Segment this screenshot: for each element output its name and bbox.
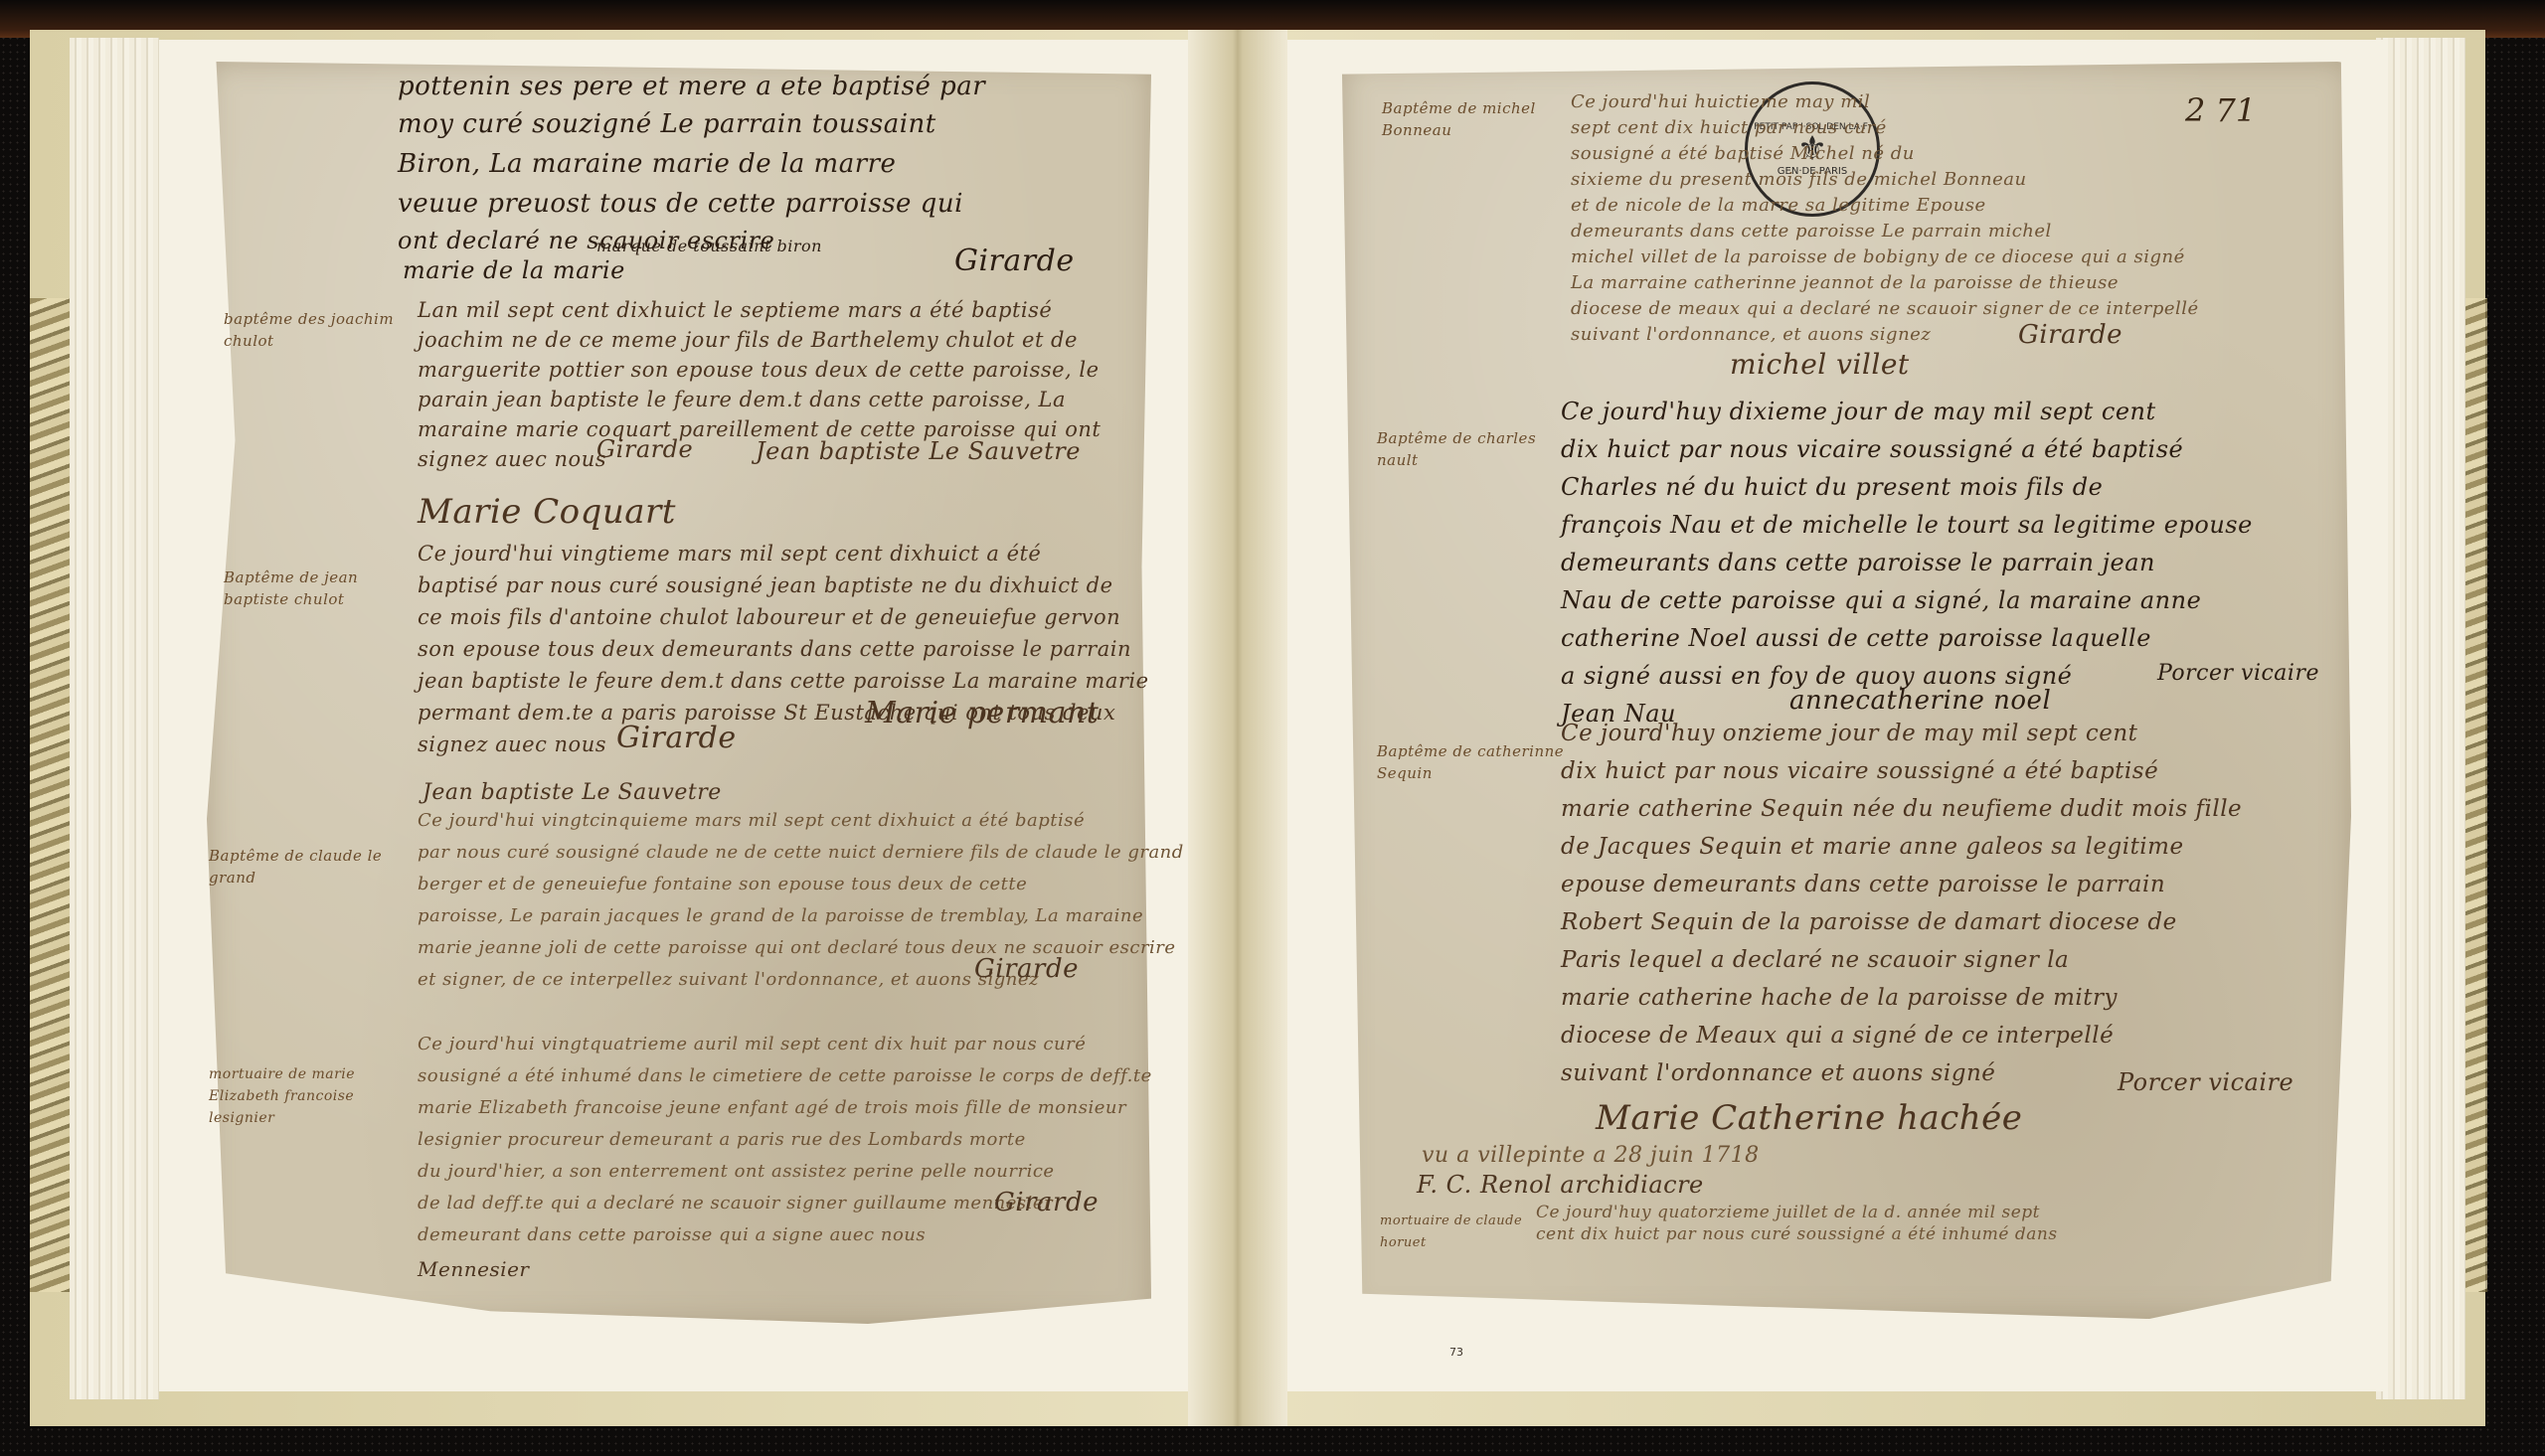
signature: Girarde xyxy=(616,721,737,755)
text-line: son epouse tous deux demeurants dans cet… xyxy=(418,637,1131,661)
margin-note: Baptême de catherinne Sequin xyxy=(1377,740,1566,784)
text-line: moy curé souzigné Le parrain toussaint xyxy=(398,109,936,139)
text-line: signez auec nous xyxy=(418,732,606,756)
signature-mark: marque de toussaint biron xyxy=(596,237,822,255)
text-line: diocese de meaux qui a declaré ne scauoi… xyxy=(1571,298,2199,319)
signature: Girarde xyxy=(974,954,1079,984)
text-line: veuue preuost tous de cette parroisse qu… xyxy=(398,189,963,219)
text-line: lesignier procureur demeurant a paris ru… xyxy=(418,1129,1026,1150)
text-line: michel villet de la paroisse de bobigny … xyxy=(1571,246,2185,267)
signature: Jean baptiste Le Sauvetre xyxy=(423,780,722,805)
signature: Girarde xyxy=(2018,320,2122,350)
page-block-left xyxy=(70,38,159,1399)
text-line: La marraine catherinne jeannot de la par… xyxy=(1571,272,2119,293)
archdeacon-visa: vu a villepinte a 28 juin 1718 xyxy=(1422,1143,1760,1168)
text-line: du jourd'hier, a son enterrement ont ass… xyxy=(418,1161,1055,1182)
signature: Girarde xyxy=(994,1188,1099,1217)
text-line: joachim ne de ce meme jour fils de Barth… xyxy=(418,328,1078,352)
text-line: sousigné a été inhumé dans le cimetiere … xyxy=(418,1065,1152,1086)
text-line: marie catherine hache de la paroisse de … xyxy=(1561,985,2118,1011)
text-line: sept cent dix huict par nous curé xyxy=(1571,117,1887,138)
text-line: demeurant dans cette paroisse qui a sign… xyxy=(418,1224,926,1245)
text-line: Robert Sequin de la paroisse de damart d… xyxy=(1561,909,2177,935)
text-line: dix huict par nous vicaire soussigné a é… xyxy=(1561,758,2158,784)
text-line: Paris lequel a declaré ne scauoir signer… xyxy=(1561,947,2069,973)
text-line: catherine Noel aussi de cette paroisse l… xyxy=(1561,624,2151,652)
margin-note: Baptême de michel Bonneau xyxy=(1382,97,1571,141)
signature: Girarde xyxy=(954,243,1075,278)
text-line: sixieme du present mois fils de michel B… xyxy=(1571,169,2027,190)
signature: Marie Catherine hachée xyxy=(1596,1098,2022,1138)
text-line: et de nicole de la marre sa legitime Epo… xyxy=(1571,195,1986,216)
text-line: berger et de geneuiefue fontaine son epo… xyxy=(418,874,1027,894)
signature: Mennesier xyxy=(418,1257,529,1281)
page-block-right xyxy=(2376,38,2465,1399)
book-gutter xyxy=(1188,30,1287,1426)
text-line: ce mois fils d'antoine chulot laboureur … xyxy=(418,605,1120,629)
text-line: Ce jourd'hui vingtquatrieme auril mil se… xyxy=(418,1034,1086,1054)
signature: marie de la marie xyxy=(403,256,625,284)
folio-number: 2 71 xyxy=(2185,91,2256,129)
margin-note: Baptême de claude le grand xyxy=(209,845,398,889)
margin-note: Baptême de jean baptiste chulot xyxy=(224,566,413,610)
text-line: Biron, La maraine marie de la marre xyxy=(398,149,896,179)
text-line: Ce jourd'hui vingtcinquieme mars mil sep… xyxy=(418,810,1085,831)
margin-note: mortuaire de marie Elizabeth francoise l… xyxy=(209,1063,398,1129)
text-line: paroisse, Le parain jacques le grand de … xyxy=(418,905,1143,926)
signature: Jean baptiste Le Sauvetre xyxy=(756,437,1081,465)
text-line: Ce jourd'huy quatorzieme juillet de la d… xyxy=(1536,1203,2040,1222)
text-line: demeurants dans cette paroisse Le parrai… xyxy=(1571,221,2052,242)
text-line: et signer, de ce interpellez suivant l'o… xyxy=(418,969,1039,990)
signature: annecatherine noel xyxy=(1789,686,2051,716)
text-line: Ce jourd'hui huictieme may mil xyxy=(1571,91,1870,112)
text-line: demeurants dans cette paroisse le parrai… xyxy=(1561,549,2155,576)
text-line: signez auec nous xyxy=(418,447,606,471)
signature: Marie Coquart xyxy=(418,492,676,532)
text-line: suivant l'ordonnance et auons signé xyxy=(1561,1060,1995,1086)
text-line: marie Elizabeth francoise jeune enfant a… xyxy=(418,1097,1126,1118)
signature: Porcer vicaire xyxy=(2157,661,2319,686)
text-line: dix huict par nous vicaire soussigné a é… xyxy=(1561,435,2183,463)
text-line: jean baptiste le feure dem.t dans cette … xyxy=(418,669,1149,693)
text-line: françois Nau et de michelle le tourt sa … xyxy=(1561,511,2253,539)
text-line: marguerite pottier son epouse tous deux … xyxy=(418,358,1100,382)
signature: michel villet xyxy=(1730,348,1910,381)
signature: Marie permant xyxy=(865,696,1099,730)
text-line: Ce jourd'huy onzieme jour de may mil sep… xyxy=(1561,721,2137,746)
page-number: 73 xyxy=(1449,1346,1463,1359)
text-line: de Jacques Sequin et marie anne galeos s… xyxy=(1561,834,2184,860)
margin-note: Baptême de charles nault xyxy=(1377,427,1566,471)
text-line: Nau de cette paroisse qui a signé, la ma… xyxy=(1561,586,2201,614)
text-line: Charles né du huict du present mois fils… xyxy=(1561,473,2103,501)
text-line: suivant l'ordonnance, et auons signez xyxy=(1571,324,1931,345)
signature: Porcer vicaire xyxy=(2118,1068,2293,1096)
text-line: de lad deff.te qui a declaré ne scauoir … xyxy=(418,1193,1053,1213)
text-line: parain jean baptiste le feure dem.t dans… xyxy=(418,388,1066,411)
text-line: sousigné a été baptisé Michel né du xyxy=(1571,143,1915,164)
text-line: marie catherine Sequin née du neufieme d… xyxy=(1561,796,2242,822)
text-line: pottenin ses pere et mere a ete baptisé … xyxy=(398,72,985,101)
margin-note: baptême des joachim chulot xyxy=(224,308,413,352)
marbled-endpaper-left xyxy=(30,298,70,1292)
text-line: cent dix huict par nous curé soussigné a… xyxy=(1536,1224,2058,1244)
text-line: Lan mil sept cent dixhuict le septieme m… xyxy=(418,298,1052,322)
text-line: epouse demeurants dans cette paroisse le… xyxy=(1561,872,2165,897)
archdeacon-signature: F. C. Renol archidiacre xyxy=(1417,1171,1704,1199)
text-line: par nous curé sousigné claude ne de cett… xyxy=(418,842,1184,863)
signature: Girarde xyxy=(596,435,693,463)
text-line: diocese de Meaux qui a signé de ce inter… xyxy=(1561,1023,2114,1049)
text-line: Ce jourd'huy dixieme jour de may mil sep… xyxy=(1561,398,2156,425)
text-line: baptisé par nous curé sousigné jean bapt… xyxy=(418,573,1113,597)
text-line: Ce jourd'hui vingtieme mars mil sept cen… xyxy=(418,542,1041,566)
